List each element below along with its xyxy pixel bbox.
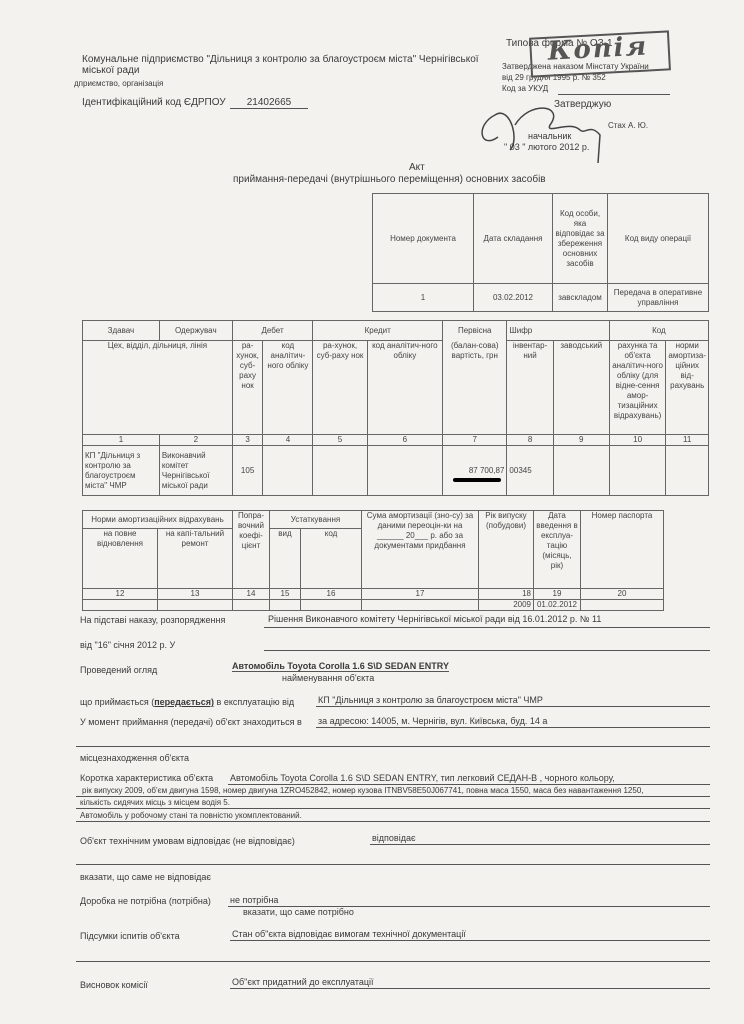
- operation-code: Передача в оперативне управління: [608, 284, 709, 312]
- tests-label: Підсумки іспитів об'єкта: [80, 931, 180, 941]
- rework-label: Доробка не потрібна (потрібна): [80, 896, 211, 906]
- org-name: Комунальне підприємство "Дільниця з конт…: [82, 54, 479, 65]
- tech-value: відповідає: [372, 833, 416, 843]
- debit-account-cell: 105: [232, 446, 263, 496]
- copy-stamp: Копія: [529, 30, 671, 77]
- depreciation-table: Норми амортизаційних відрахувань Попра-в…: [82, 510, 664, 611]
- basis-label: На підставі наказу, розпорядження: [80, 615, 225, 625]
- ukud-label: Код за УКУД: [502, 84, 548, 93]
- summary-line2: рік випуску 2009, об'єм двигуна 1598, но…: [82, 786, 643, 795]
- summary-line3: кількість сидячих місць з місцем водія 5…: [80, 798, 230, 807]
- doc-number: 1: [373, 284, 474, 312]
- tests-value: Стан об"єкта відповідає вимогам технічно…: [232, 929, 466, 939]
- title-act: Акт: [409, 162, 425, 173]
- responsible-code: завскладом: [553, 284, 608, 312]
- edrpou-value: 21402665: [230, 97, 308, 109]
- approval-date: " 03 " лютого 2012 р.: [504, 142, 589, 152]
- location-label: У момент приймання (передачі) об'єкт зна…: [80, 717, 302, 727]
- inspection-caption: найменування об'єкта: [282, 673, 374, 683]
- main-table: Здавач Одержувач Дебет Кредит Первісна Ш…: [82, 320, 709, 496]
- inventory-cell: 00345: [507, 446, 553, 496]
- inspection-value: Автомобіль Toyota Corolla 1.6 S\D SEDAN …: [232, 661, 449, 672]
- signer-name: Стах А. Ю.: [608, 121, 648, 130]
- signer-title: начальник: [528, 131, 571, 141]
- cost-cell: 87 700,87: [443, 446, 507, 496]
- org-name-line2: міської ради: [82, 65, 139, 76]
- inspection-label: Проведений огляд: [80, 665, 157, 675]
- conclusion-label: Висновок комісії: [80, 980, 148, 990]
- receiver-cell: Виконавчий комітет Чернігівської міської…: [159, 446, 232, 496]
- tech-caption: вказати, що саме не відповідає: [80, 872, 211, 882]
- rework-caption: вказати, що саме потрібно: [243, 907, 354, 917]
- title-main: приймання-передачі (внутрішнього переміщ…: [233, 174, 546, 185]
- signature-icon: [470, 95, 620, 165]
- conclusion-value: Об"єкт придатний до експлуатації: [232, 977, 374, 987]
- doc-date: 03.02.2012: [474, 284, 553, 312]
- org-caption: дприємство, організація: [74, 79, 163, 88]
- sender-cell: КП "Дільниця з контролю за благоустроєм …: [83, 446, 160, 496]
- summary-label: Коротка характеристика об'єкта: [80, 773, 213, 783]
- location-caption: місцезнаходження об'єкта: [80, 753, 189, 763]
- redaction-mark: [453, 478, 501, 482]
- summary-line1: Автомобіль Toyota Corolla 1.6 S\D SEDAN …: [230, 773, 615, 783]
- location-value: за адресою: 14005, м. Чернігів, вул. Киї…: [318, 716, 547, 726]
- doc-table: Номер документа Дата складання Код особи…: [372, 193, 709, 312]
- edrpou-label: Ідентифікаційний код ЄДРПОУ: [82, 97, 226, 108]
- year-cell: 2009: [479, 600, 534, 611]
- accepted-value: КП "Дільниця з контролю за благоустроєм …: [318, 695, 543, 705]
- from-label: від "16" січня 2012 р. У: [80, 640, 175, 650]
- tech-label: Об'єкт технічним умовам відповідає (не в…: [80, 836, 295, 846]
- commission-date-cell: 01.02.2012: [534, 600, 581, 611]
- rework-value: не потрібна: [230, 895, 278, 905]
- basis-value: Рішення Виконавчого комітету Чернігівськ…: [268, 614, 601, 624]
- summary-line4: Автомобіль у робочому стані та повністю …: [80, 811, 302, 820]
- accepted-label: що приймається (передається) в експлуата…: [80, 697, 294, 707]
